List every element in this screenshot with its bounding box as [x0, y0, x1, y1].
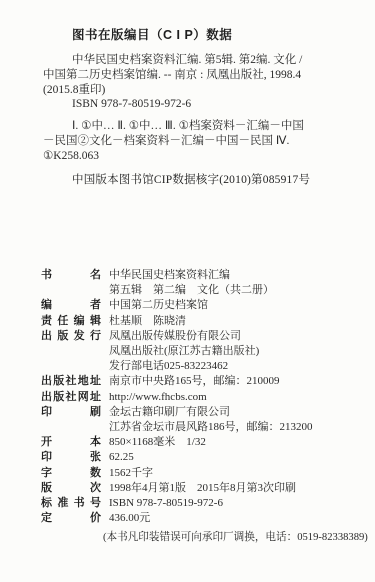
row-value: 杜基顺 陈晓清	[109, 314, 361, 329]
row-value: 1998年4月第1版 2015年8月第3次印刷	[109, 481, 361, 496]
row-value: ISBN 978-7-80519-972-6	[109, 496, 361, 511]
colophon-row-printer: 印刷 金坛古籍印刷厂有限公司 江苏省金坛市晨风路186号，邮编：213200	[41, 405, 361, 435]
row-label: 定价	[41, 511, 101, 526]
row-value: 1562千字	[109, 466, 361, 481]
row-value-line: 850×1168毫米 1/32	[109, 435, 361, 450]
cip-classification-line: ①K258.063	[43, 149, 351, 164]
cip-isbn-line: ISBN 978-7-80519-972-6	[43, 97, 351, 112]
book-copyright-page: 图书在版编目（C I P）数据 中华民国史档案资料汇编. 第5辑. 第2编. 文…	[0, 0, 375, 582]
cip-header: 图书在版编目（C I P）数据	[72, 25, 232, 43]
row-value-line: 第五辑 第二编 文化（共二册）	[109, 283, 361, 298]
colophon-row-word-count: 字数 1562千字	[41, 466, 361, 481]
price-value: 436.00元	[109, 511, 361, 526]
colophon-row-edition: 版次 1998年4月第1版 2015年8月第3次印刷	[41, 481, 361, 496]
row-value-line: 1562千字	[109, 466, 361, 481]
colophon-row-price: 定价 436.00元	[41, 511, 361, 526]
cip-classification-block: Ⅰ. ①中… Ⅱ. ①中… Ⅲ. ①档案资料－汇编－中国 －民国②文化－档案资料…	[43, 119, 351, 164]
colophon-row-publisher-address: 出版社地址 南京市中央路165号，邮编：210009	[41, 374, 361, 389]
row-value-line: 中国第二历史档案馆	[109, 298, 361, 313]
row-value: 金坛古籍印刷厂有限公司 江苏省金坛市晨风路186号，邮编：213200	[109, 405, 361, 435]
row-label: 书名	[41, 268, 101, 283]
row-label: 版次	[41, 481, 101, 496]
row-label: 字数	[41, 466, 101, 481]
cip-record-line: 中华民国史档案资料汇编. 第5辑. 第2编. 文化 /	[43, 53, 351, 68]
cip-record-line: 中国第二历史档案馆编. -- 南京 : 凤凰出版社, 1998.4	[43, 68, 351, 83]
row-value-line: 凤凰出版传媒股份有限公司	[109, 329, 361, 344]
colophon-row-isbn: 标准书号 ISBN 978-7-80519-972-6	[41, 496, 361, 511]
row-label: 责任编辑	[41, 314, 101, 329]
colophon-row-sheets: 印张 62.25	[41, 450, 361, 465]
row-value: 850×1168毫米 1/32	[109, 435, 361, 450]
row-label: 标准书号	[41, 496, 101, 511]
row-value-line: 1998年4月第1版 2015年8月第3次印刷	[109, 481, 361, 496]
row-label: 印刷	[41, 405, 101, 420]
row-label: 编者	[41, 298, 101, 313]
row-label: 出版发行	[41, 329, 101, 344]
row-label: 开本	[41, 435, 101, 450]
colophon-row-book-title: 书名 中华民国史档案资料汇编 第五辑 第二编 文化（共二册）	[41, 268, 361, 298]
colophon-row-format: 开本 850×1168毫米 1/32	[41, 435, 361, 450]
website-url: http://www.fhcbs.com	[109, 390, 361, 405]
row-label: 印张	[41, 450, 101, 465]
row-value-line: 南京市中央路165号，邮编：210009	[109, 374, 361, 389]
row-value-line: 杜基顺 陈晓清	[109, 314, 361, 329]
row-value: 中华民国史档案资料汇编 第五辑 第二编 文化（共二册）	[109, 268, 361, 298]
row-value: 中国第二历史档案馆	[109, 298, 361, 313]
colophon-row-publisher-website: 出版社网址 http://www.fhcbs.com	[41, 390, 361, 405]
row-value: 南京市中央路165号，邮编：210009	[109, 374, 361, 389]
row-value-line: 江苏省金坛市晨风路186号，邮编：213200	[109, 420, 361, 435]
row-value-line: 发行部电话025-83223462	[109, 359, 361, 374]
row-value-line: 中华民国史档案资料汇编	[109, 268, 361, 283]
row-value: 62.25	[109, 450, 361, 465]
cip-record-block: 中华民国史档案资料汇编. 第5辑. 第2编. 文化 / 中国第二历史档案馆编. …	[43, 53, 351, 112]
cip-record-number: 中国版本图书馆CIP数据核字(2010)第085917号	[72, 171, 310, 187]
colophon-row-editor: 编者 中国第二历史档案馆	[41, 298, 361, 313]
row-value-line: 金坛古籍印刷厂有限公司	[109, 405, 361, 420]
cip-classification-line: －民国②文化－档案资料－汇编－中国－民国 Ⅳ.	[43, 134, 351, 149]
colophon-row-responsible-editors: 责任编辑 杜基顺 陈晓清	[41, 314, 361, 329]
colophon-table: 书名 中华民国史档案资料汇编 第五辑 第二编 文化（共二册） 编者 中国第二历史…	[41, 268, 361, 526]
isbn-number: ISBN 978-7-80519-972-6	[109, 496, 361, 511]
row-value: http://www.fhcbs.com	[109, 390, 361, 405]
colophon-row-publisher: 出版发行 凤凰出版传媒股份有限公司 凤凰出版社(原江苏古籍出版社) 发行部电话0…	[41, 329, 361, 375]
row-value: 436.00元	[109, 511, 361, 526]
row-label: 出版社网址	[41, 390, 101, 405]
misprint-exchange-note: (本书凡印装错误可向承印厂调换，电话：0519-82338389)	[103, 529, 368, 544]
cip-classification-line: Ⅰ. ①中… Ⅱ. ①中… Ⅲ. ①档案资料－汇编－中国	[43, 119, 351, 134]
row-value: 凤凰出版传媒股份有限公司 凤凰出版社(原江苏古籍出版社) 发行部电话025-83…	[109, 329, 361, 375]
row-value-line: 凤凰出版社(原江苏古籍出版社)	[109, 344, 361, 359]
row-label: 出版社地址	[41, 374, 101, 389]
cip-record-line: (2015.8重印)	[43, 83, 351, 98]
row-value-line: 62.25	[109, 450, 361, 465]
